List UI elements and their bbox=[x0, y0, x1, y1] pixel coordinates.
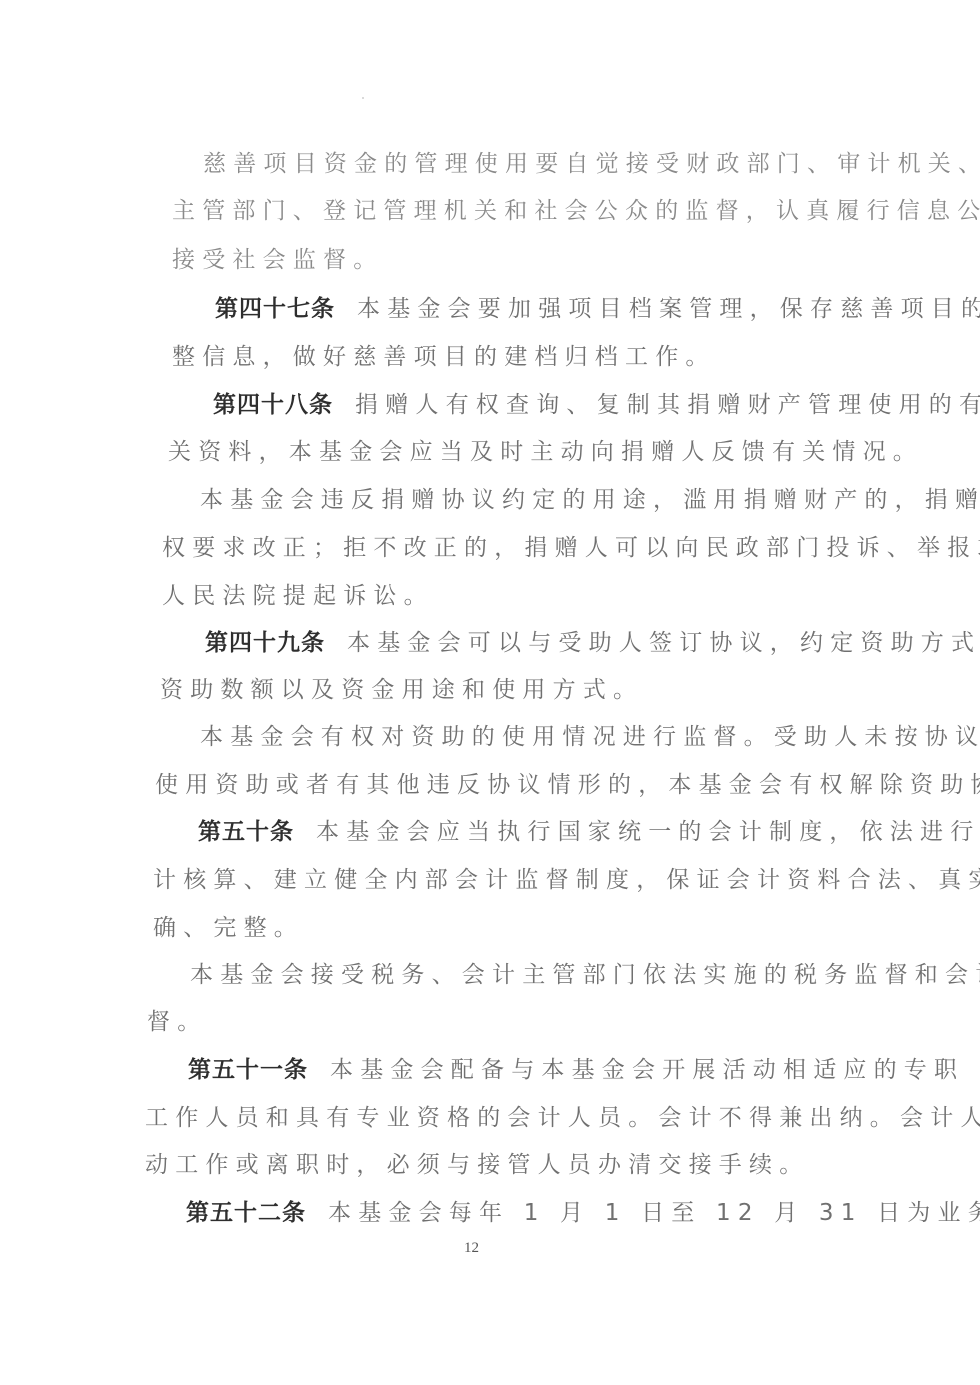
text-line: 权要求改正；拒不改正的，捐赠人可以向民政部门投诉、举报或者向 bbox=[162, 533, 980, 563]
article-47: 第四十七条本基金会要加强项目档案管理，保存慈善项目的完 bbox=[215, 294, 980, 324]
line-text: 本基金会每年 1 月 1 日至 12 月 31 日为业务及会计 bbox=[328, 1200, 980, 1226]
text-line: 使用资助或者有其他违反协议情形的，本基金会有权解除资助协议。 bbox=[155, 770, 980, 800]
article-50: 第五十条本基金会应当执行国家统一的会计制度，依法进行会 bbox=[198, 817, 980, 847]
article-heading: 第五十二条 bbox=[186, 1200, 306, 1226]
text-line: 动工作或离职时，必须与接管人员办清交接手续。 bbox=[145, 1150, 809, 1180]
line-text: 计核算、建立健全内部会计监督制度，保证会计资料合法、真实、准 bbox=[153, 867, 980, 893]
line-text: 本基金会接受税务、会计主管部门依法实施的税务监督和会计监 bbox=[190, 962, 980, 988]
article-51: 第五十一条本基金会配备与本基金会开展活动相适应的专职 bbox=[188, 1055, 964, 1085]
article-48: 第四十八条捐赠人有权查询、复制其捐赠财产管理使用的有 bbox=[213, 390, 980, 420]
text-line: 资助数额以及资金用途和使用方式。 bbox=[160, 675, 643, 705]
line-text: 人民法院提起诉讼。 bbox=[162, 583, 434, 609]
line-text: 本基金会违反捐赠协议约定的用途，滥用捐赠财产的，捐赠人有 bbox=[200, 487, 980, 513]
line-text: 权要求改正；拒不改正的，捐赠人可以向民政部门投诉、举报或者向 bbox=[162, 535, 980, 561]
line-text: 关资料，本基金会应当及时主动向捐赠人反馈有关情况。 bbox=[168, 439, 923, 465]
line-text: 捐赠人有权查询、复制其捐赠财产管理使用的有 bbox=[355, 392, 980, 418]
line-text: 主管部门、登记管理机关和社会公众的监督，认真履行信息公开义务， bbox=[172, 198, 980, 224]
line-text: 本基金会要加强项目档案管理，保存慈善项目的完 bbox=[357, 296, 980, 322]
line-text: 本基金会配备与本基金会开展活动相适应的专职 bbox=[330, 1057, 964, 1083]
line-text: 本基金会可以与受助人签订协议，约定资助方式、 bbox=[347, 630, 980, 656]
scan-speck bbox=[362, 97, 364, 99]
text-line: 主管部门、登记管理机关和社会公众的监督，认真履行信息公开义务， bbox=[172, 196, 980, 226]
line-text: 动工作或离职时，必须与接管人员办清交接手续。 bbox=[145, 1152, 809, 1178]
article-heading: 第四十七条 bbox=[215, 296, 335, 322]
text-line: 督。 bbox=[147, 1007, 207, 1037]
text-line: 本基金会有权对资助的使用情况进行监督。受助人未按协议约定 bbox=[200, 722, 980, 752]
line-text: 本基金会有权对资助的使用情况进行监督。受助人未按协议约定 bbox=[200, 724, 980, 750]
line-text: 本基金会应当执行国家统一的会计制度，依法进行会 bbox=[316, 819, 980, 845]
text-line: 本基金会违反捐赠协议约定的用途，滥用捐赠财产的，捐赠人有 bbox=[200, 485, 980, 515]
text-line: 计核算、建立健全内部会计监督制度，保证会计资料合法、真实、准 bbox=[153, 865, 980, 895]
line-text: 使用资助或者有其他违反协议情形的，本基金会有权解除资助协议。 bbox=[155, 772, 980, 798]
text-line: 接受社会监督。 bbox=[172, 245, 383, 275]
line-text: 工作人员和具有专业资格的会计人员。会计不得兼出纳。会计人员调 bbox=[145, 1105, 980, 1131]
page-number: 12 bbox=[464, 1240, 479, 1257]
text-line: 本基金会接受税务、会计主管部门依法实施的税务监督和会计监 bbox=[190, 960, 980, 990]
text-line: 工作人员和具有专业资格的会计人员。会计不得兼出纳。会计人员调 bbox=[145, 1103, 980, 1133]
line-text: 整信息，做好慈善项目的建档归档工作。 bbox=[172, 344, 716, 370]
text-line: 慈善项目资金的管理使用要自觉接受财政部门、审计机关、行业 bbox=[203, 149, 980, 179]
text-line: 关资料，本基金会应当及时主动向捐赠人反馈有关情况。 bbox=[168, 437, 923, 467]
line-text: 接受社会监督。 bbox=[172, 247, 383, 273]
line-text: 资助数额以及资金用途和使用方式。 bbox=[160, 677, 643, 703]
article-heading: 第四十八条 bbox=[213, 392, 333, 418]
article-52: 第五十二条本基金会每年 1 月 1 日至 12 月 31 日为业务及会计 bbox=[186, 1198, 980, 1228]
document-page: 慈善项目资金的管理使用要自觉接受财政部门、审计机关、行业 主管部门、登记管理机关… bbox=[0, 0, 980, 1385]
line-text: 督。 bbox=[147, 1009, 207, 1035]
article-heading: 第五十条 bbox=[198, 819, 294, 845]
text-line: 整信息，做好慈善项目的建档归档工作。 bbox=[172, 342, 716, 372]
text-line: 人民法院提起诉讼。 bbox=[162, 581, 434, 611]
article-heading: 第四十九条 bbox=[205, 630, 325, 656]
text-line: 确、完整。 bbox=[153, 913, 304, 943]
article-49: 第四十九条本基金会可以与受助人签订协议，约定资助方式、 bbox=[205, 628, 980, 658]
article-heading: 第五十一条 bbox=[188, 1057, 308, 1083]
line-text: 确、完整。 bbox=[153, 915, 304, 941]
line-text: 慈善项目资金的管理使用要自觉接受财政部门、审计机关、行业 bbox=[203, 151, 980, 177]
